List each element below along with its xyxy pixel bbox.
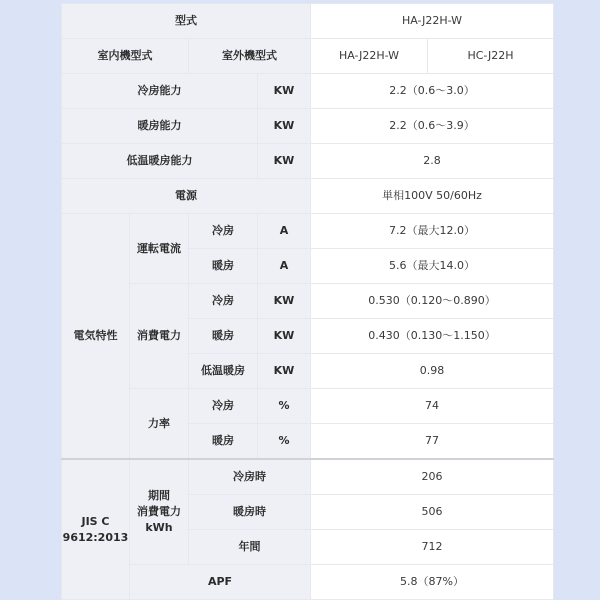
cooling-capacity-value: 2.2（0.6〜3.0） <box>311 74 554 109</box>
jis-label-line1: JIS C <box>62 514 129 530</box>
pf-heating-mode: 暖房 <box>189 424 258 460</box>
heating-capacity-label: 暖房能力 <box>62 109 258 144</box>
outdoor-model-label: 室外機型式 <box>189 39 311 74</box>
spec-table: 型式 HA-J22H-W 室内機型式 室外機型式 HA-J22H-W HC-J2… <box>61 3 554 600</box>
cooling-capacity-label: 冷房能力 <box>62 74 258 109</box>
pf-cooling-value: 74 <box>311 389 554 424</box>
pf-heating-value: 77 <box>311 424 554 460</box>
row-pf-cooling: 力率 冷房 % 74 <box>62 389 554 424</box>
jis-label-line2: 9612:2013 <box>62 530 129 546</box>
power-low-temp-heating-unit: KW <box>258 354 311 389</box>
power-source-value: 単相100V 50/60Hz <box>311 179 554 214</box>
low-temp-heating-capacity-value: 2.8 <box>311 144 554 179</box>
power-heating-unit: KW <box>258 319 311 354</box>
running-current-label: 運転電流 <box>130 214 189 284</box>
period-heating-label: 暖房時 <box>189 495 311 530</box>
period-label-line1: 期間 <box>130 488 188 504</box>
current-heating-mode: 暖房 <box>189 249 258 284</box>
period-heating-value: 506 <box>311 495 554 530</box>
power-heating-mode: 暖房 <box>189 319 258 354</box>
cooling-capacity-unit: KW <box>258 74 311 109</box>
pf-heating-unit: % <box>258 424 311 460</box>
row-cooling-capacity: 冷房能力 KW 2.2（0.6〜3.0） <box>62 74 554 109</box>
row-model: 型式 HA-J22H-W <box>62 4 554 39</box>
power-cooling-unit: KW <box>258 284 311 319</box>
power-consumption-label: 消費電力 <box>130 284 189 389</box>
outdoor-model-value: HC-J22H <box>428 39 554 74</box>
power-source-label: 電源 <box>62 179 311 214</box>
model-value: HA-J22H-W <box>311 4 554 39</box>
current-cooling-unit: A <box>258 214 311 249</box>
spec-table-container: 型式 HA-J22H-W 室内機型式 室外機型式 HA-J22H-W HC-J2… <box>61 3 553 600</box>
power-cooling-mode: 冷房 <box>189 284 258 319</box>
indoor-model-label: 室内機型式 <box>62 39 189 74</box>
power-cooling-value: 0.530（0.120〜0.890） <box>311 284 554 319</box>
period-cooling-label: 冷房時 <box>189 459 311 495</box>
jis-standard-label: JIS C 9612:2013 <box>62 459 130 600</box>
period-annual-label: 年間 <box>189 530 311 565</box>
current-cooling-mode: 冷房 <box>189 214 258 249</box>
apf-value: 5.8（87%） <box>311 565 554 600</box>
power-factor-label: 力率 <box>130 389 189 460</box>
row-power-cooling: 消費電力 冷房 KW 0.530（0.120〜0.890） <box>62 284 554 319</box>
current-heating-unit: A <box>258 249 311 284</box>
electrical-label: 電気特性 <box>62 214 130 460</box>
row-heating-capacity: 暖房能力 KW 2.2（0.6〜3.9） <box>62 109 554 144</box>
current-cooling-value: 7.2（最大12.0） <box>311 214 554 249</box>
period-cooling-value: 206 <box>311 459 554 495</box>
row-period-cooling: JIS C 9612:2013 期間 消費電力 kWh 冷房時 206 <box>62 459 554 495</box>
row-power-source: 電源 単相100V 50/60Hz <box>62 179 554 214</box>
current-heating-value: 5.6（最大14.0） <box>311 249 554 284</box>
period-consumption-label: 期間 消費電力 kWh <box>130 459 189 565</box>
power-low-temp-heating-value: 0.98 <box>311 354 554 389</box>
low-temp-heating-capacity-unit: KW <box>258 144 311 179</box>
row-low-temp-heating-capacity: 低温暖房能力 KW 2.8 <box>62 144 554 179</box>
indoor-model-value: HA-J22H-W <box>311 39 428 74</box>
row-current-cooling: 電気特性 運転電流 冷房 A 7.2（最大12.0） <box>62 214 554 249</box>
power-low-temp-heating-mode: 低温暖房 <box>189 354 258 389</box>
apf-label: APF <box>130 565 311 600</box>
period-label-line3: kWh <box>130 520 188 536</box>
pf-cooling-unit: % <box>258 389 311 424</box>
period-label-line2: 消費電力 <box>130 504 188 520</box>
heating-capacity-unit: KW <box>258 109 311 144</box>
row-apf: APF 5.8（87%） <box>62 565 554 600</box>
period-annual-value: 712 <box>311 530 554 565</box>
row-unit-models: 室内機型式 室外機型式 HA-J22H-W HC-J22H <box>62 39 554 74</box>
low-temp-heating-capacity-label: 低温暖房能力 <box>62 144 258 179</box>
pf-cooling-mode: 冷房 <box>189 389 258 424</box>
power-heating-value: 0.430（0.130〜1.150） <box>311 319 554 354</box>
heating-capacity-value: 2.2（0.6〜3.9） <box>311 109 554 144</box>
model-label: 型式 <box>62 4 311 39</box>
